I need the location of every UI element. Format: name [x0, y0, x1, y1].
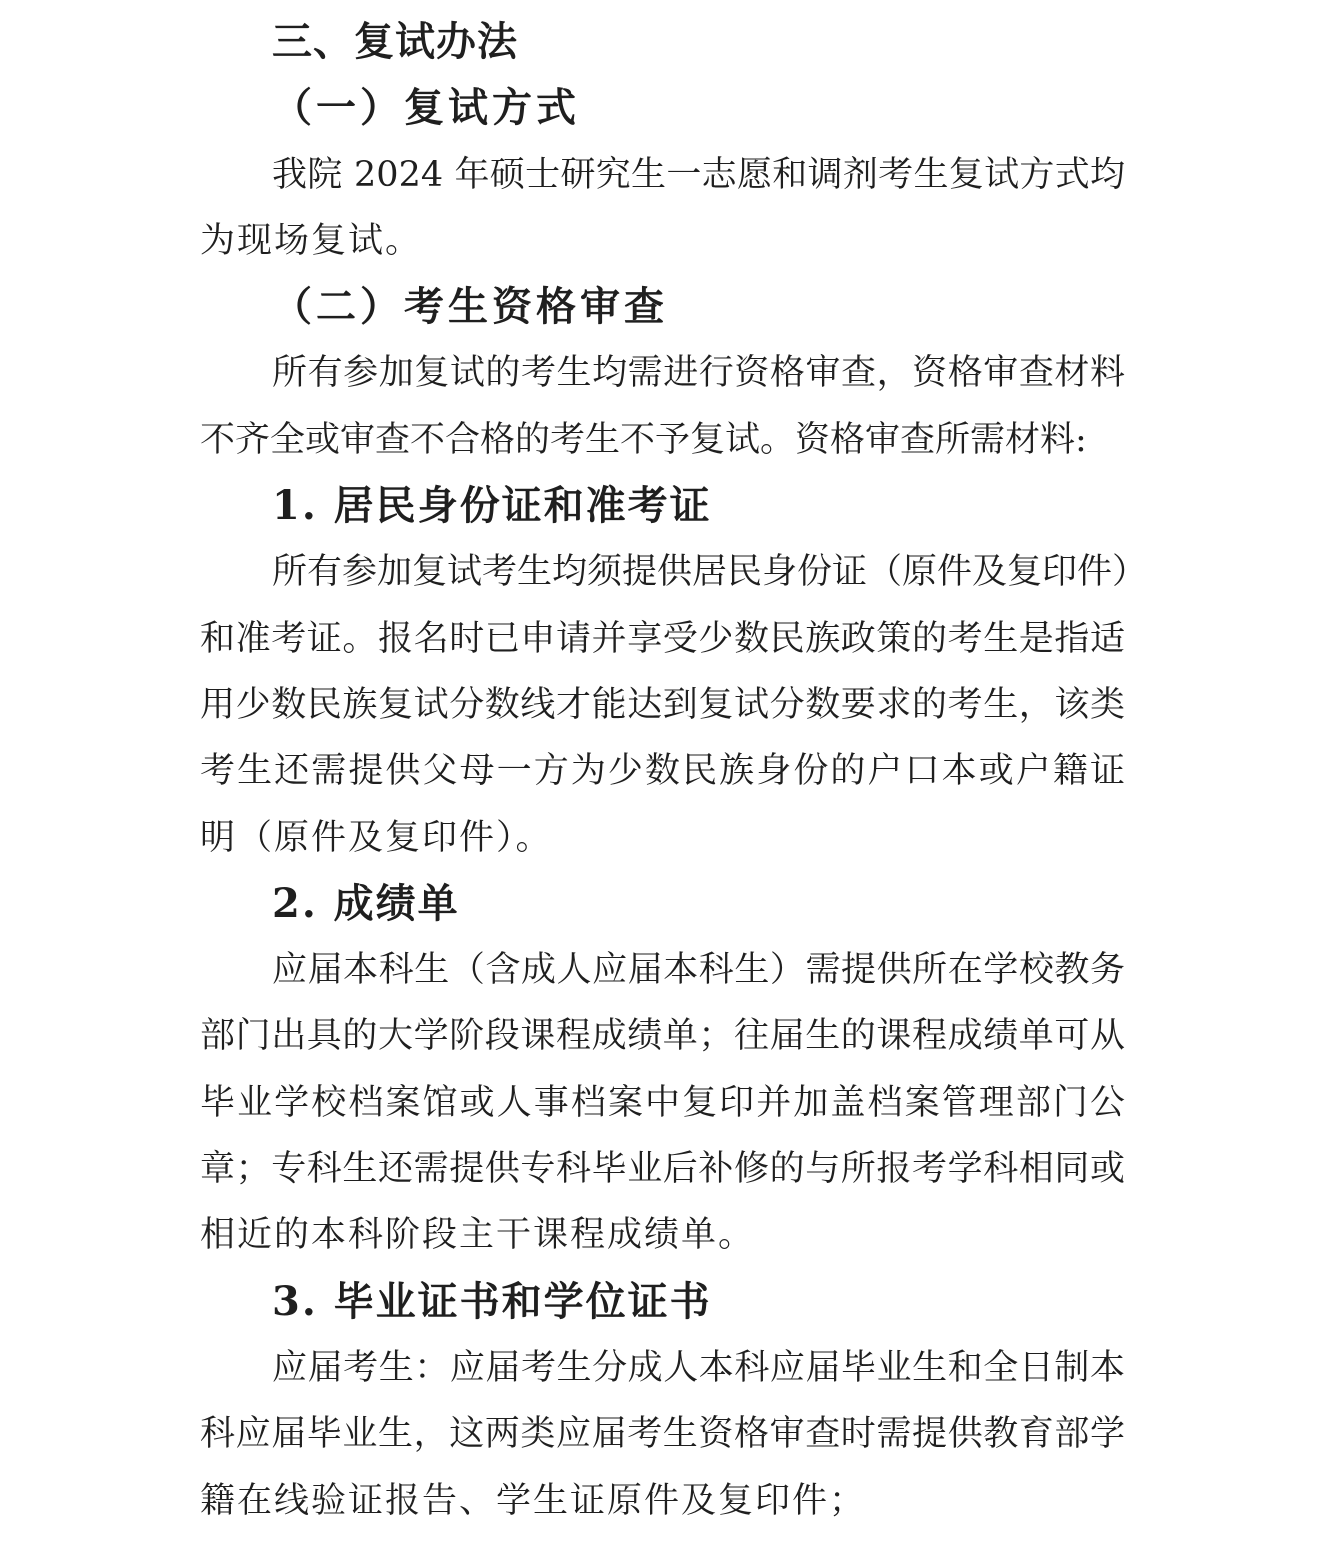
text-column: 三、复试办法（一）复试方式我院 2024 年硕士研究生一志愿和调剂考生复试方式均… — [200, 0, 1125, 1534]
text-line: 考生还需提供父母一方为少数民族身份的户口本或户籍证 — [200, 738, 1125, 804]
text-line: 毕业学校档案馆或人事档案中复印并加盖档案管理部门公 — [200, 1070, 1125, 1136]
text-line: 所有参加复试的考生均需进行资格审查，资格审查材料 — [200, 340, 1125, 406]
item-heading: 1. 居民身份证和准考证 — [200, 473, 1125, 539]
text-line: 不齐全或审查不合格的考生不予复试。资格审查所需材料: — [200, 407, 1125, 473]
item-heading: 3. 毕业证书和学位证书 — [200, 1269, 1125, 1335]
text-line: 所有参加复试考生均须提供居民身份证（原件及复印件） — [200, 539, 1125, 605]
text-line: 籍在线验证报告、学生证原件及复印件； — [200, 1468, 1125, 1534]
text-line: 为现场复试。 — [200, 208, 1125, 274]
text-line: 应届考生：应届考生分成人本科应届毕业生和全日制本 — [200, 1335, 1125, 1401]
text-line: 科应届毕业生，这两类应届考生资格审查时需提供教育部学 — [200, 1401, 1125, 1467]
text-line: 和准考证。报名时已申请并享受少数民族政策的考生是指适 — [200, 606, 1125, 672]
sub-heading: （一）复试方式 — [200, 75, 1125, 141]
text-line: 用少数民族复试分数线才能达到复试分数要求的考生，该类 — [200, 672, 1125, 738]
text-line: 应届本科生（含成人应届本科生）需提供所在学校教务 — [200, 937, 1125, 1003]
document-page: 三、复试办法（一）复试方式我院 2024 年硕士研究生一志愿和调剂考生复试方式均… — [0, 0, 1322, 1549]
item-heading: 2. 成绩单 — [200, 871, 1125, 937]
text-line: 章；专科生还需提供专科毕业后补修的与所报考学科相同或 — [200, 1136, 1125, 1202]
text-line: 我院 2024 年硕士研究生一志愿和调剂考生复试方式均 — [200, 142, 1125, 208]
text-line: 明（原件及复印件）。 — [200, 805, 1125, 871]
text-line: 部门出具的大学阶段课程成绩单；往届生的课程成绩单可从 — [200, 1003, 1125, 1069]
section-heading: 三、复试办法 — [200, 9, 1125, 75]
sub-heading: （二）考生资格审查 — [200, 274, 1125, 340]
text-line: 相近的本科阶段主干课程成绩单。 — [200, 1202, 1125, 1268]
